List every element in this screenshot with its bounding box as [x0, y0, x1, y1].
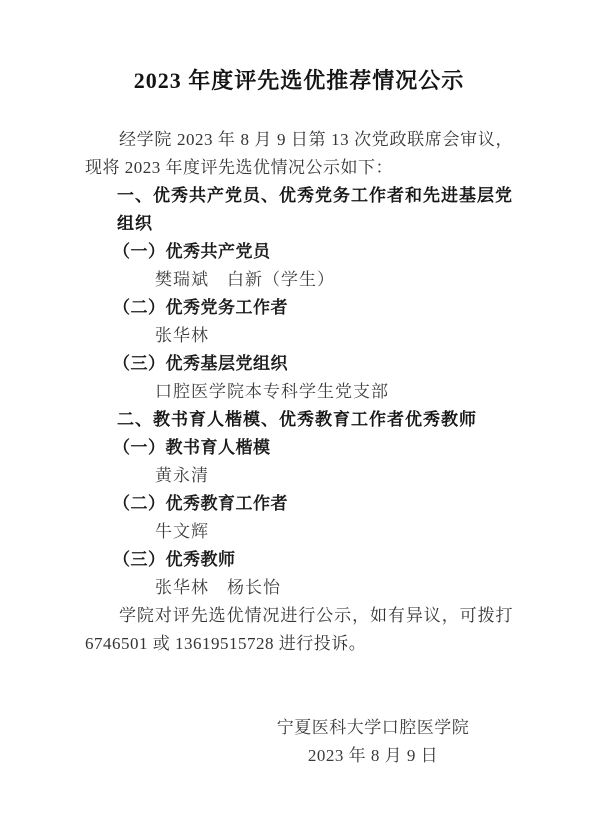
- section-1-subheading-2: （二）优秀党务工作者: [85, 294, 513, 322]
- section-2-names-1: 黄永清: [85, 462, 513, 490]
- section-1-heading: 一、优秀共产党员、优秀党务工作者和先进基层党组织: [85, 182, 513, 238]
- section-1-names-3: 口腔医学院本专科学生党支部: [85, 378, 513, 406]
- section-1-subheading-3: （三）优秀基层党组织: [85, 350, 513, 378]
- section-2-heading: 二、教书育人楷模、优秀教育工作者优秀教师: [85, 406, 513, 434]
- document-title: 2023 年度评先选优推荐情况公示: [85, 66, 513, 96]
- section-2-names-2: 牛文辉: [85, 518, 513, 546]
- section-1-names-1: 樊瑞斌 白新（学生）: [85, 266, 513, 294]
- signature-date: 2023 年 8 月 9 日: [233, 742, 513, 770]
- intro-paragraph: 经学院 2023 年 8 月 9 日第 13 次党政联席会审议，现将 2023 …: [85, 126, 513, 182]
- section-2-names-3: 张华林 杨长怡: [85, 574, 513, 602]
- section-2-subheading-3: （三）优秀教师: [85, 546, 513, 574]
- section-2-subheading-1: （一）教书育人楷模: [85, 434, 513, 462]
- signature-block: 宁夏医科大学口腔医学院 2023 年 8 月 9 日: [233, 714, 513, 770]
- document-page: 2023 年度评先选优推荐情况公示 经学院 2023 年 8 月 9 日第 13…: [0, 0, 593, 813]
- section-2-subheading-2: （二）优秀教育工作者: [85, 490, 513, 518]
- signature-org: 宁夏医科大学口腔医学院: [233, 714, 513, 742]
- section-1-names-2: 张华林: [85, 322, 513, 350]
- section-1-subheading-1: （一）优秀共产党员: [85, 238, 513, 266]
- closing-paragraph: 学院对评先选优情况进行公示，如有异议，可拨打 6746501 或 1361951…: [85, 602, 513, 658]
